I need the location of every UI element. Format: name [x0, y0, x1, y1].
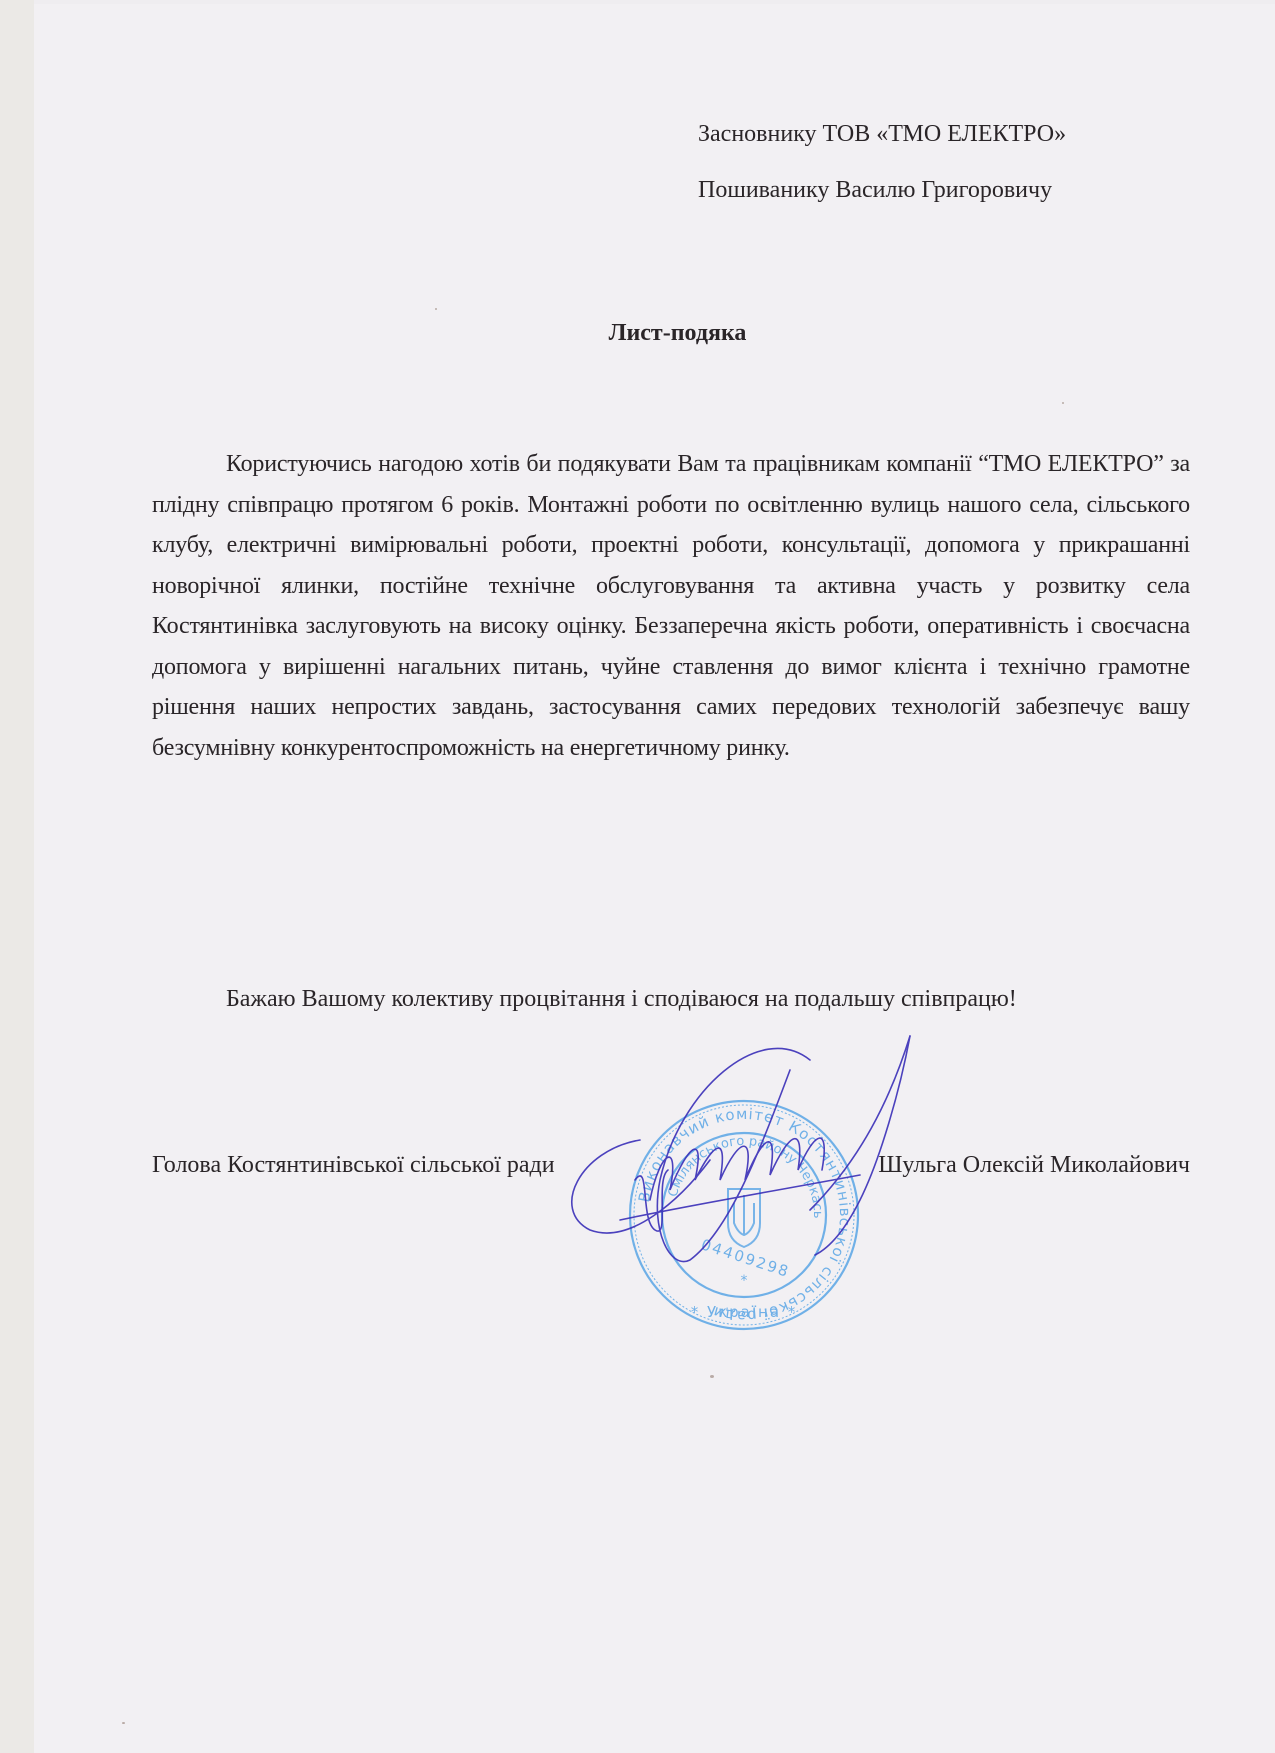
signatory-position: Голова Костянтинівської сільської ради [152, 1152, 555, 1179]
scan-speck [710, 1375, 714, 1378]
scan-speck [122, 1722, 125, 1724]
letter-title: Лист-подяка [0, 320, 1275, 347]
scan-border [0, 0, 34, 1753]
signatory-name: Шульга Олексій Миколайович [878, 1152, 1190, 1179]
closing-wish: Бажаю Вашому колективу процвітання і спо… [152, 986, 1190, 1013]
addressee-block: Засновнику ТОВ «ТМО ЕЛЕКТРО» Пошиванику … [698, 106, 1066, 218]
scan-speck [1062, 402, 1064, 404]
scan-speck [435, 308, 437, 310]
addressee-line-1: Засновнику ТОВ «ТМО ЕЛЕКТРО» [698, 106, 1066, 162]
letter-page [34, 4, 1275, 1753]
signature-row: Голова Костянтинівської сільської ради Ш… [152, 1152, 1190, 1179]
letter-body: Користуючись нагодою хотів би подякувати… [152, 444, 1190, 768]
addressee-line-2: Пошиванику Василю Григоровичу [698, 162, 1066, 218]
